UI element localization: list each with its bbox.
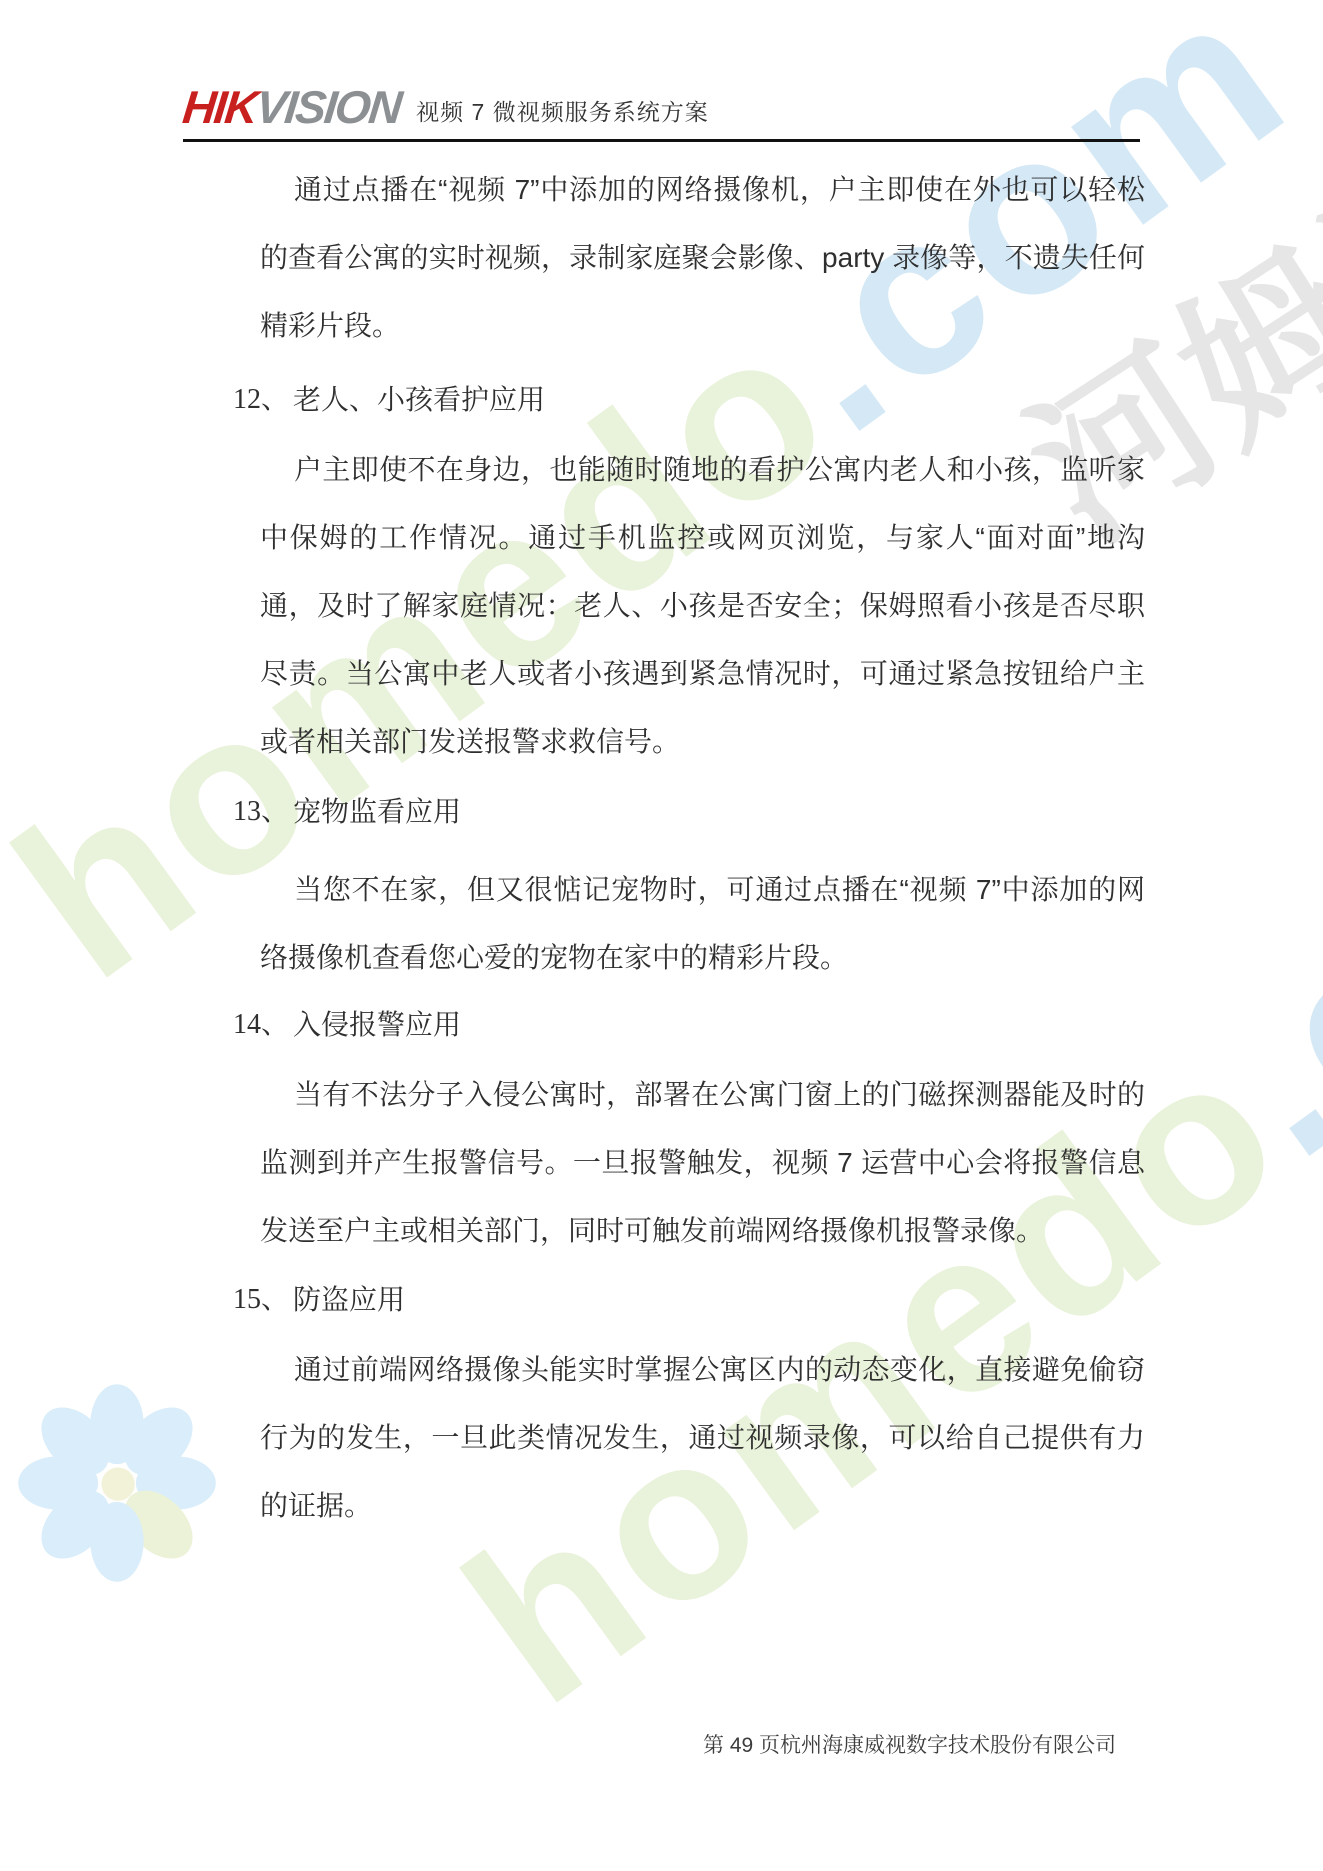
list-item-13-heading: 13、 宠物监看应用 [233, 778, 1145, 846]
list-item-title: 宠物监看应用 [293, 778, 1145, 846]
logo-hik-text: HIK [180, 81, 259, 133]
list-item-title: 防盗应用 [293, 1266, 1145, 1334]
document-title: 视频 7 微视频服务系统方案 [416, 94, 709, 130]
logo-vision-text: VISION [254, 81, 403, 133]
list-item-12-body: 户主即使不在身边，也能随时随地的看护公寓内老人和小孩，监听家中保姆的工作情况。通… [260, 436, 1145, 776]
list-item-number: 13、 [233, 778, 293, 846]
list-item-14-body: 当有不法分子入侵公寓时，部署在公寓门窗上的门磁探测器能及时的监测到并产生报警信号… [260, 1061, 1145, 1265]
header-divider-line [183, 139, 1140, 142]
list-item-12-heading: 12、 老人、小孩看护应用 [233, 366, 1145, 434]
list-item-15-heading: 15、 防盗应用 [233, 1266, 1145, 1334]
list-item-title: 入侵报警应用 [293, 991, 1145, 1059]
hikvision-logo: HIKVISION [181, 84, 403, 130]
list-item-number: 14、 [233, 991, 293, 1059]
intro-paragraph: 通过点播在“视频 7”中添加的网络摄像机，户主即使在外也可以轻松的查看公寓的实时… [260, 156, 1145, 360]
page-footer-text: 第 49 页杭州海康威视数字技术股份有限公司 [703, 1731, 1116, 1761]
list-item-13-body: 当您不在家，但又很惦记宠物时，可通过点播在“视频 7”中添加的网络摄像机查看您心… [260, 856, 1145, 992]
list-item-number: 15、 [233, 1266, 293, 1334]
page-header: HIKVISION 视频 7 微视频服务系统方案 [183, 84, 709, 130]
list-item-title: 老人、小孩看护应用 [293, 366, 1145, 434]
list-item-number: 12、 [233, 366, 293, 434]
list-item-14-heading: 14、 入侵报警应用 [233, 991, 1145, 1059]
document-page: homedo.com homedo.com 河姆渡 HIKVISION 视频 7… [0, 0, 1323, 1871]
flower-watermark-icon [6, 1372, 228, 1594]
list-item-15-body: 通过前端网络摄像头能实时掌握公寓区内的动态变化，直接避免偷窃行为的发生，一旦此类… [260, 1336, 1145, 1540]
